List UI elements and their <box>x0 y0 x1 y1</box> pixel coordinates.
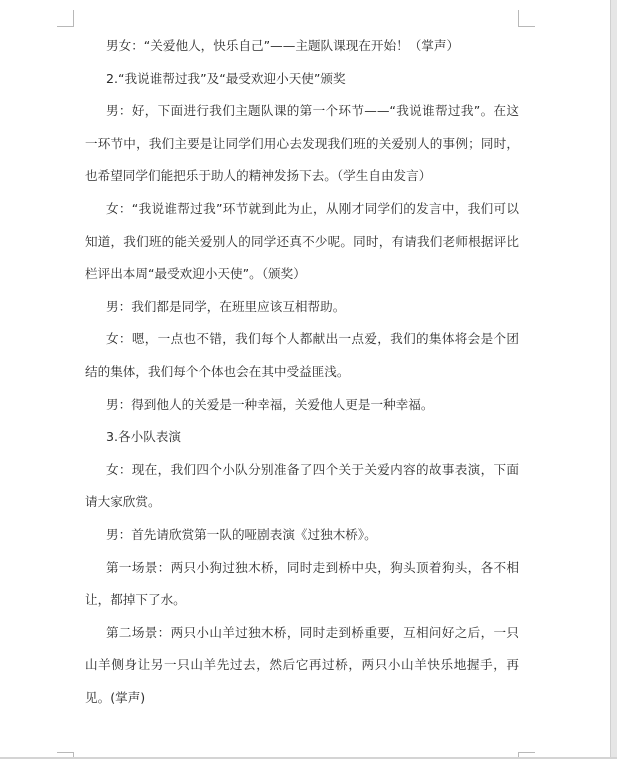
document-page: 男女：“关爱他人，快乐自己”——主题队课现在开始！（掌声） 2.“我说谁帮过我”… <box>0 0 610 757</box>
paragraph-male-intro: 男：好，下面进行我们主题队课的第一个环节——“我说谁帮过我”。在这一环节中，我们… <box>85 95 519 193</box>
paragraph-male-classmates: 男：我们都是同学，在班里应该互相帮助。 <box>85 291 519 324</box>
document-body[interactable]: 男女：“关爱他人，快乐自己”——主题队课现在开始！（掌声） 2.“我说谁帮过我”… <box>85 30 519 714</box>
page-right-gutter <box>610 0 617 759</box>
paragraph-female-collective: 女：嗯，一点也不错，我们每个人都献出一点爱，我们的集体将会是个团结的集体，我们每… <box>85 323 519 388</box>
paragraph-female-award: 女：“我说谁帮过我”环节就到此为止，从刚才同学们的发言中，我们可以知道，我们班的… <box>85 193 519 291</box>
paragraph-scene-1: 第一场景：两只小狗过独木桥，同时走到桥中央，狗头顶着狗头，各不相让，都掉下了水。 <box>85 552 519 617</box>
paragraph-section-2-heading: 2.“我说谁帮过我”及“最受欢迎小天使”颁奖 <box>85 63 519 96</box>
paragraph-male-happiness: 男：得到他人的关爱是一种幸福，关爱他人更是一种幸福。 <box>85 389 519 422</box>
paragraph-section-3-heading: 3.各小队表演 <box>85 421 519 454</box>
margin-corner-mark-top-left <box>57 10 74 27</box>
paragraph-male-mime: 男：首先请欣赏第一队的哑剧表演《过独木桥》。 <box>85 519 519 552</box>
margin-corner-mark-top-right <box>518 10 535 27</box>
paragraph-scene-2: 第二场景：两只小山羊过独木桥，同时走到桥重要，互相问好之后，一只山羊侧身让另一只… <box>85 617 519 715</box>
paragraph-female-performances: 女：现在，我们四个小队分别准备了四个关于关爱内容的故事表演，下面请大家欣赏。 <box>85 454 519 519</box>
paragraph-opening: 男女：“关爱他人，快乐自己”——主题队课现在开始！（掌声） <box>85 30 519 63</box>
